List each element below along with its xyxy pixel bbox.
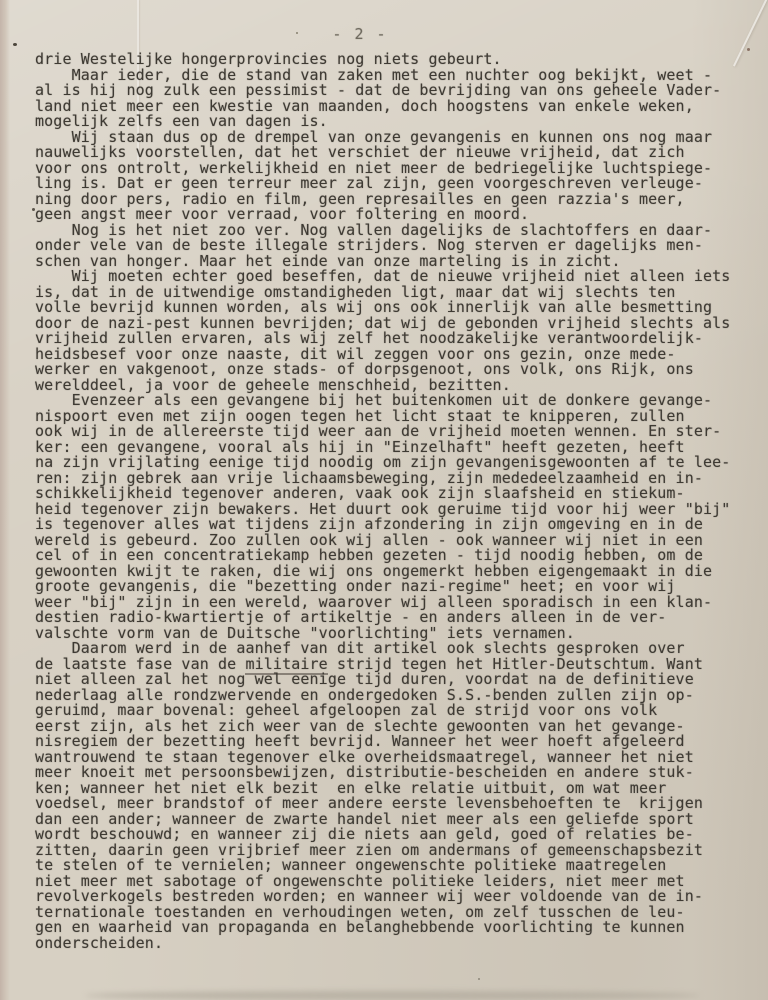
ink-speck (32, 208, 35, 211)
page-number: - 2 - (305, 25, 415, 43)
text-line: onderscheiden. (35, 936, 750, 952)
ink-speck (296, 32, 298, 34)
ink-speck (13, 43, 17, 46)
scan-bottom-shadow (85, 991, 700, 1000)
document-lines: drie Westelijke hongerprovincies nog nie… (35, 52, 750, 951)
ink-speck (747, 48, 750, 51)
scan-left-edge (0, 0, 10, 1000)
ink-speck (478, 978, 480, 980)
scanned-document-page: - 2 - drie Westelijke hongerprovincies n… (0, 0, 768, 1000)
